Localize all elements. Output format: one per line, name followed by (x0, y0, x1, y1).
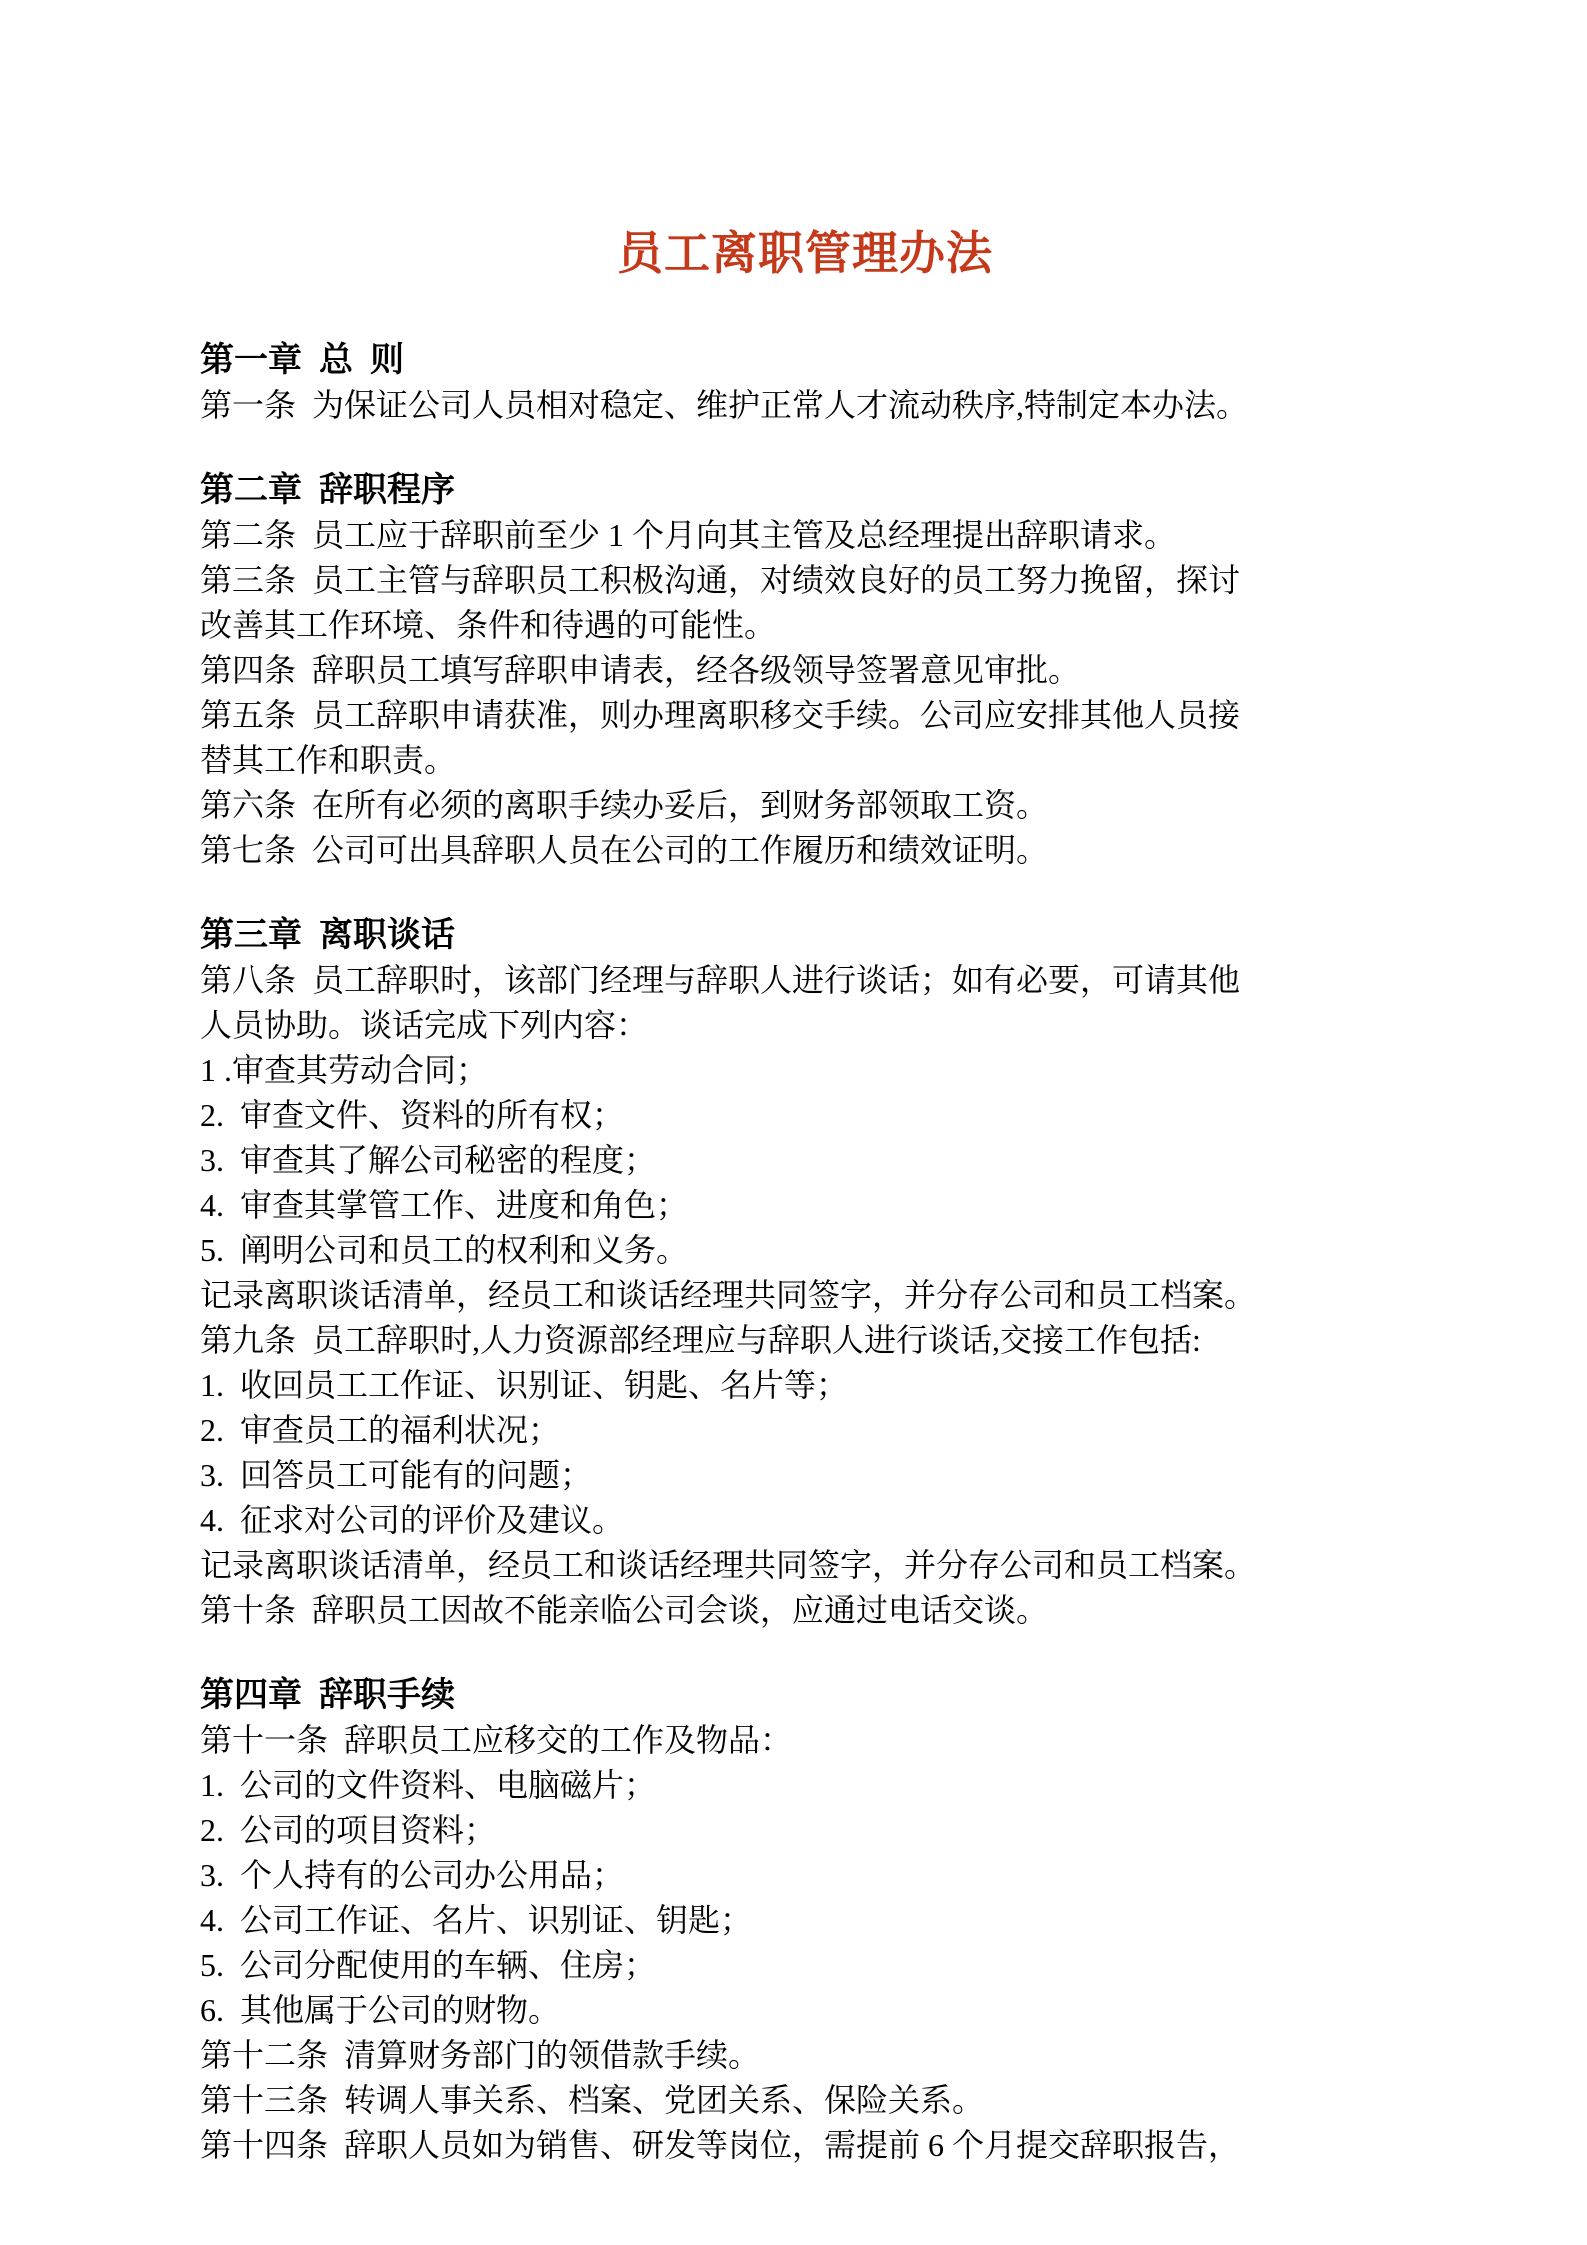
clause-9-list-item-2: 2. 审查员工的福利状况； (200, 1408, 1410, 1453)
clause-9-list-item-3: 3. 回答员工可能有的问题； (200, 1453, 1410, 1498)
clause-12: 第十二条 清算财务部门的领借款手续。 (200, 2033, 1410, 2078)
clause-11-list-item-1: 1. 公司的文件资料、电脑磁片； (200, 1763, 1410, 1808)
clause-14: 第十四条 辞职人员如为销售、研发等岗位，需提前 6 个月提交辞职报告， (200, 2123, 1410, 2168)
clause-8-list-item-5: 5. 阐明公司和员工的权利和义务。 (200, 1228, 1410, 1273)
clause-8: 第八条 员工辞职时，该部门经理与辞职人进行谈话；如有必要，可请其他 (200, 958, 1410, 1003)
clause-5: 第五条 员工辞职申请获准，则办理离职移交手续。公司应安排其他人员接 (200, 693, 1410, 738)
clause-11-list-item-2: 2. 公司的项目资料； (200, 1808, 1410, 1853)
chapter-1-heading: 第一章 总 则 (200, 338, 1410, 383)
clause-3-continuation: 改善其工作环境、条件和待遇的可能性。 (200, 603, 1410, 648)
chapter-2-heading: 第二章 辞职程序 (200, 468, 1410, 513)
clause-9: 第九条 员工辞职时,人力资源部经理应与辞职人进行谈话,交接工作包括: (200, 1318, 1410, 1363)
clause-8-list-item-3: 3. 审查其了解公司秘密的程度； (200, 1138, 1410, 1183)
clause-9-record-note: 记录离职谈话清单，经员工和谈话经理共同签字，并分存公司和员工档案。 (200, 1543, 1410, 1588)
clause-2: 第二条 员工应于辞职前至少 1 个月向其主管及总经理提出辞职请求。 (200, 513, 1410, 558)
chapter-4-heading: 第四章 辞职手续 (200, 1673, 1410, 1718)
chapter-3-exit-interview: 第三章 离职谈话 第八条 员工辞职时，该部门经理与辞职人进行谈话；如有必要，可请… (200, 913, 1410, 1633)
clause-9-list-item-1: 1. 收回员工工作证、识别证、钥匙、名片等； (200, 1363, 1410, 1408)
chapter-1-general-rules: 第一章 总 则 第一条 为保证公司人员相对稳定、维护正常人才流动秩序,特制定本办… (200, 338, 1410, 428)
chapter-2-resignation-procedure: 第二章 辞职程序 第二条 员工应于辞职前至少 1 个月向其主管及总经理提出辞职请… (200, 468, 1410, 873)
clause-8-record-note: 记录离职谈话清单，经员工和谈话经理共同签字，并分存公司和员工档案。 (200, 1273, 1410, 1318)
clause-13: 第十三条 转调人事关系、档案、党团关系、保险关系。 (200, 2078, 1410, 2123)
clause-8-list-item-4: 4. 审查其掌管工作、进度和角色； (200, 1183, 1410, 1228)
document-page: 员工离职管理办法 第一章 总 则 第一条 为保证公司人员相对稳定、维护正常人才流… (0, 0, 1587, 2245)
page-title: 员工离职管理办法 (200, 226, 1410, 282)
clause-11: 第十一条 辞职员工应移交的工作及物品： (200, 1718, 1410, 1763)
chapter-3-heading: 第三章 离职谈话 (200, 913, 1410, 958)
document-content: 员工离职管理办法 第一章 总 则 第一条 为保证公司人员相对稳定、维护正常人才流… (200, 0, 1410, 2168)
clause-10: 第十条 辞职员工因故不能亲临公司会谈，应通过电话交谈。 (200, 1588, 1410, 1633)
clause-6: 第六条 在所有必须的离职手续办妥后，到财务部领取工资。 (200, 783, 1410, 828)
clause-9-list-item-4: 4. 征求对公司的评价及建议。 (200, 1498, 1410, 1543)
clause-11-list-item-6: 6. 其他属于公司的财物。 (200, 1988, 1410, 2033)
chapter-4-resignation-formalities: 第四章 辞职手续 第十一条 辞职员工应移交的工作及物品： 1. 公司的文件资料、… (200, 1673, 1410, 2168)
clause-1: 第一条 为保证公司人员相对稳定、维护正常人才流动秩序,特制定本办法。 (200, 383, 1410, 428)
clause-8-list-item-1: 1 .审查其劳动合同； (200, 1048, 1410, 1093)
clause-11-list-item-3: 3. 个人持有的公司办公用品； (200, 1853, 1410, 1898)
clause-4: 第四条 辞职员工填写辞职申请表，经各级领导签署意见审批。 (200, 648, 1410, 693)
clause-11-list-item-5: 5. 公司分配使用的车辆、住房； (200, 1943, 1410, 1988)
clause-3: 第三条 员工主管与辞职员工积极沟通，对绩效良好的员工努力挽留，探讨 (200, 558, 1410, 603)
clause-8-list-item-2: 2. 审查文件、资料的所有权； (200, 1093, 1410, 1138)
clause-5-continuation: 替其工作和职责。 (200, 738, 1410, 783)
clause-7: 第七条 公司可出具辞职人员在公司的工作履历和绩效证明。 (200, 828, 1410, 873)
clause-8-continuation: 人员协助。谈话完成下列内容： (200, 1003, 1410, 1048)
clause-11-list-item-4: 4. 公司工作证、名片、识别证、钥匙； (200, 1898, 1410, 1943)
